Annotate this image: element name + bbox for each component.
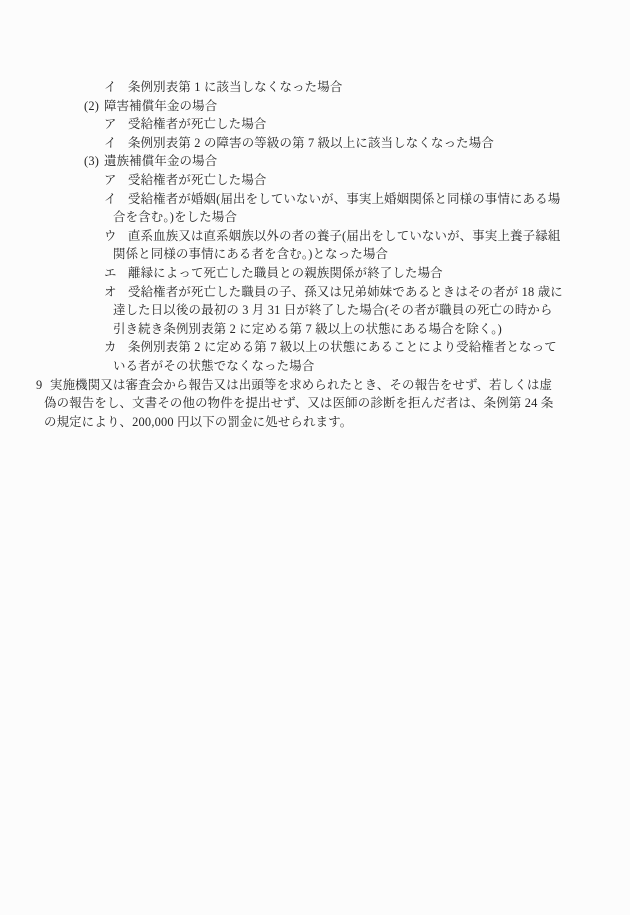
document-page: イ条例別表第 1 に該当しなくなった場合 (2)障害補償年金の場合 ア受給権者が… bbox=[0, 0, 630, 915]
list-item-2: (2)障害補償年金の場合 bbox=[0, 97, 630, 116]
list-item-i-2: イ条例別表第 2 の障害の等級の第 7 級以上に該当しなくなった場合 bbox=[0, 134, 630, 153]
item-marker: ア bbox=[104, 115, 128, 134]
section-item-9: 9実施機関又は審査会から報告又は出頭等を求められたとき、その報告をせず、若しくは… bbox=[0, 376, 630, 432]
list-item-3: (3)遺族補償年金の場合 bbox=[0, 152, 630, 171]
item-text: 離縁によって死亡した職員との親族関係が終了した場合 bbox=[128, 266, 443, 280]
list-item-i-1: イ条例別表第 1 に該当しなくなった場合 bbox=[0, 78, 630, 97]
item-text: 障害補償年金の場合 bbox=[104, 99, 217, 113]
item-marker: イ bbox=[104, 190, 128, 209]
item-marker: ウ bbox=[104, 227, 128, 246]
item-marker: エ bbox=[104, 264, 128, 283]
list-item-a-1: ア受給権者が死亡した場合 bbox=[0, 115, 630, 134]
list-item-e: エ離縁によって死亡した職員との親族関係が終了した場合 bbox=[0, 264, 630, 283]
item-text: 受給権者が死亡した職員の子、孫又は兄弟姉妹であるときはその者が 18 歳に達した… bbox=[113, 285, 563, 336]
item-text: 条例別表第 2 に定める第 7 級以上の状態にあることにより受給権者となっている… bbox=[113, 340, 557, 373]
item-text: 受給権者が婚姻(届出をしていないが、事実上婚姻関係と同様の事情にある場合を含む。… bbox=[113, 192, 560, 225]
list-item-u: ウ直系血族又は直系姻族以外の者の養子(届出をしていないが、事実上養子縁組関係と同… bbox=[0, 227, 630, 264]
item-marker: (2) bbox=[84, 97, 104, 116]
item-marker: 9 bbox=[36, 376, 50, 395]
list-item-a-2: ア受給権者が死亡した場合 bbox=[0, 171, 630, 190]
item-marker: イ bbox=[104, 134, 128, 153]
item-text: 条例別表第 2 の障害の等級の第 7 級以上に該当しなくなった場合 bbox=[128, 136, 494, 150]
item-text: 遺族補償年金の場合 bbox=[104, 154, 217, 168]
body-text: イ条例別表第 1 に該当しなくなった場合 (2)障害補償年金の場合 ア受給権者が… bbox=[0, 78, 630, 431]
item-marker: カ bbox=[104, 338, 128, 357]
item-text: 条例別表第 1 に該当しなくなった場合 bbox=[128, 80, 342, 94]
item-text: 受給権者が死亡した場合 bbox=[128, 117, 267, 131]
item-marker: オ bbox=[104, 283, 128, 302]
list-item-ka: カ条例別表第 2 に定める第 7 級以上の状態にあることにより受給権者となってい… bbox=[0, 338, 630, 375]
item-marker: イ bbox=[104, 78, 128, 97]
item-marker: ア bbox=[104, 171, 128, 190]
item-text: 実施機関又は審査会から報告又は出頭等を求められたとき、その報告をせず、若しくは虚… bbox=[44, 378, 553, 429]
list-item-i-3: イ受給権者が婚姻(届出をしていないが、事実上婚姻関係と同様の事情にある場合を含む… bbox=[0, 190, 630, 227]
item-text: 受給権者が死亡した場合 bbox=[128, 173, 267, 187]
list-item-o: オ受給権者が死亡した職員の子、孫又は兄弟姉妹であるときはその者が 18 歳に達し… bbox=[0, 283, 630, 339]
item-text: 直系血族又は直系姻族以外の者の養子(届出をしていないが、事実上養子縁組関係と同様… bbox=[113, 229, 560, 262]
item-marker: (3) bbox=[84, 152, 104, 171]
